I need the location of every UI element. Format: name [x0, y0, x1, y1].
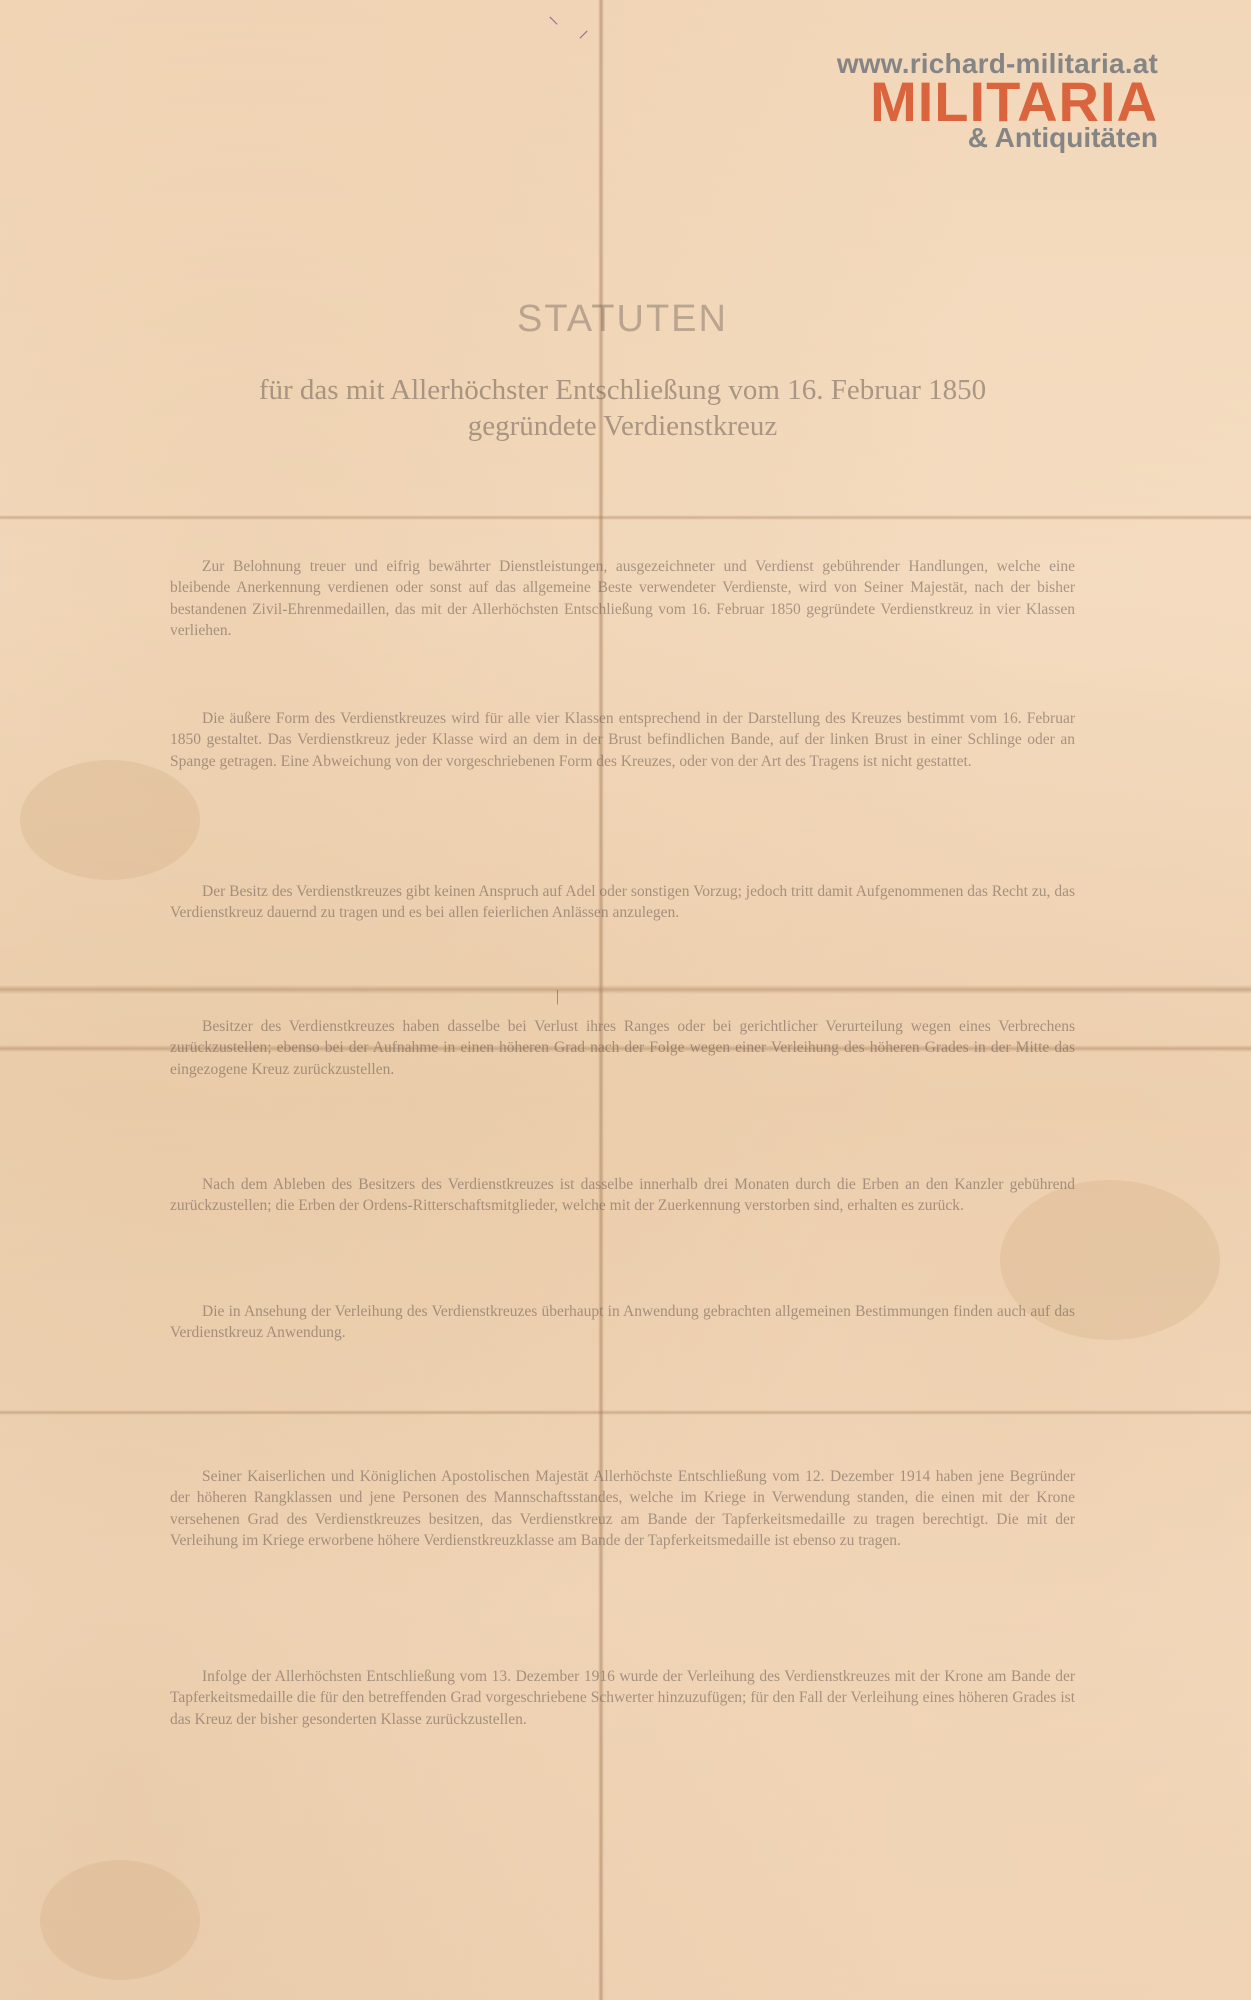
horizontal-fold-line — [0, 1410, 1251, 1415]
ink-mark: ⸜ — [548, 0, 559, 30]
paragraph-5: Nach dem Ableben des Besitzers des Verdi… — [170, 1174, 1075, 1217]
paper-stain — [20, 760, 200, 880]
paragraph-3: Der Besitz des Verdienstkreuzes gibt kei… — [170, 881, 1075, 924]
watermark: www.richard-militaria.at MILITARIA & Ant… — [837, 50, 1158, 152]
paragraph-2: Die äußere Form des Verdienstkreuzes wir… — [170, 708, 1075, 773]
horizontal-fold-line — [0, 515, 1251, 520]
subtitle-line-2: gegründete Verdienstkreuz — [170, 408, 1075, 444]
paragraph-7: Seiner Kaiserlichen und Königlichen Apos… — [170, 1466, 1075, 1552]
document-title: STATUTEN — [170, 298, 1075, 341]
paragraph-4: Besitzer des Verdienstkreuzes haben dass… — [170, 1016, 1075, 1081]
paragraph-8: Infolge der Allerhöchsten Entschließung … — [170, 1666, 1075, 1731]
paper-stain — [40, 1860, 200, 1980]
document-subtitle: für das mit Allerhöchster Entschließung … — [170, 372, 1075, 444]
paragraph-1: Zur Belohnung treuer und eifrig bewährte… — [170, 556, 1075, 642]
ink-mark: | — [556, 988, 559, 1006]
paragraph-6: Die in Ansehung der Verleihung des Verdi… — [170, 1301, 1075, 1344]
subtitle-line-1: für das mit Allerhöchster Entschließung … — [170, 372, 1075, 408]
ink-mark: ⸝ — [578, 14, 589, 44]
horizontal-fold-line — [0, 985, 1251, 994]
